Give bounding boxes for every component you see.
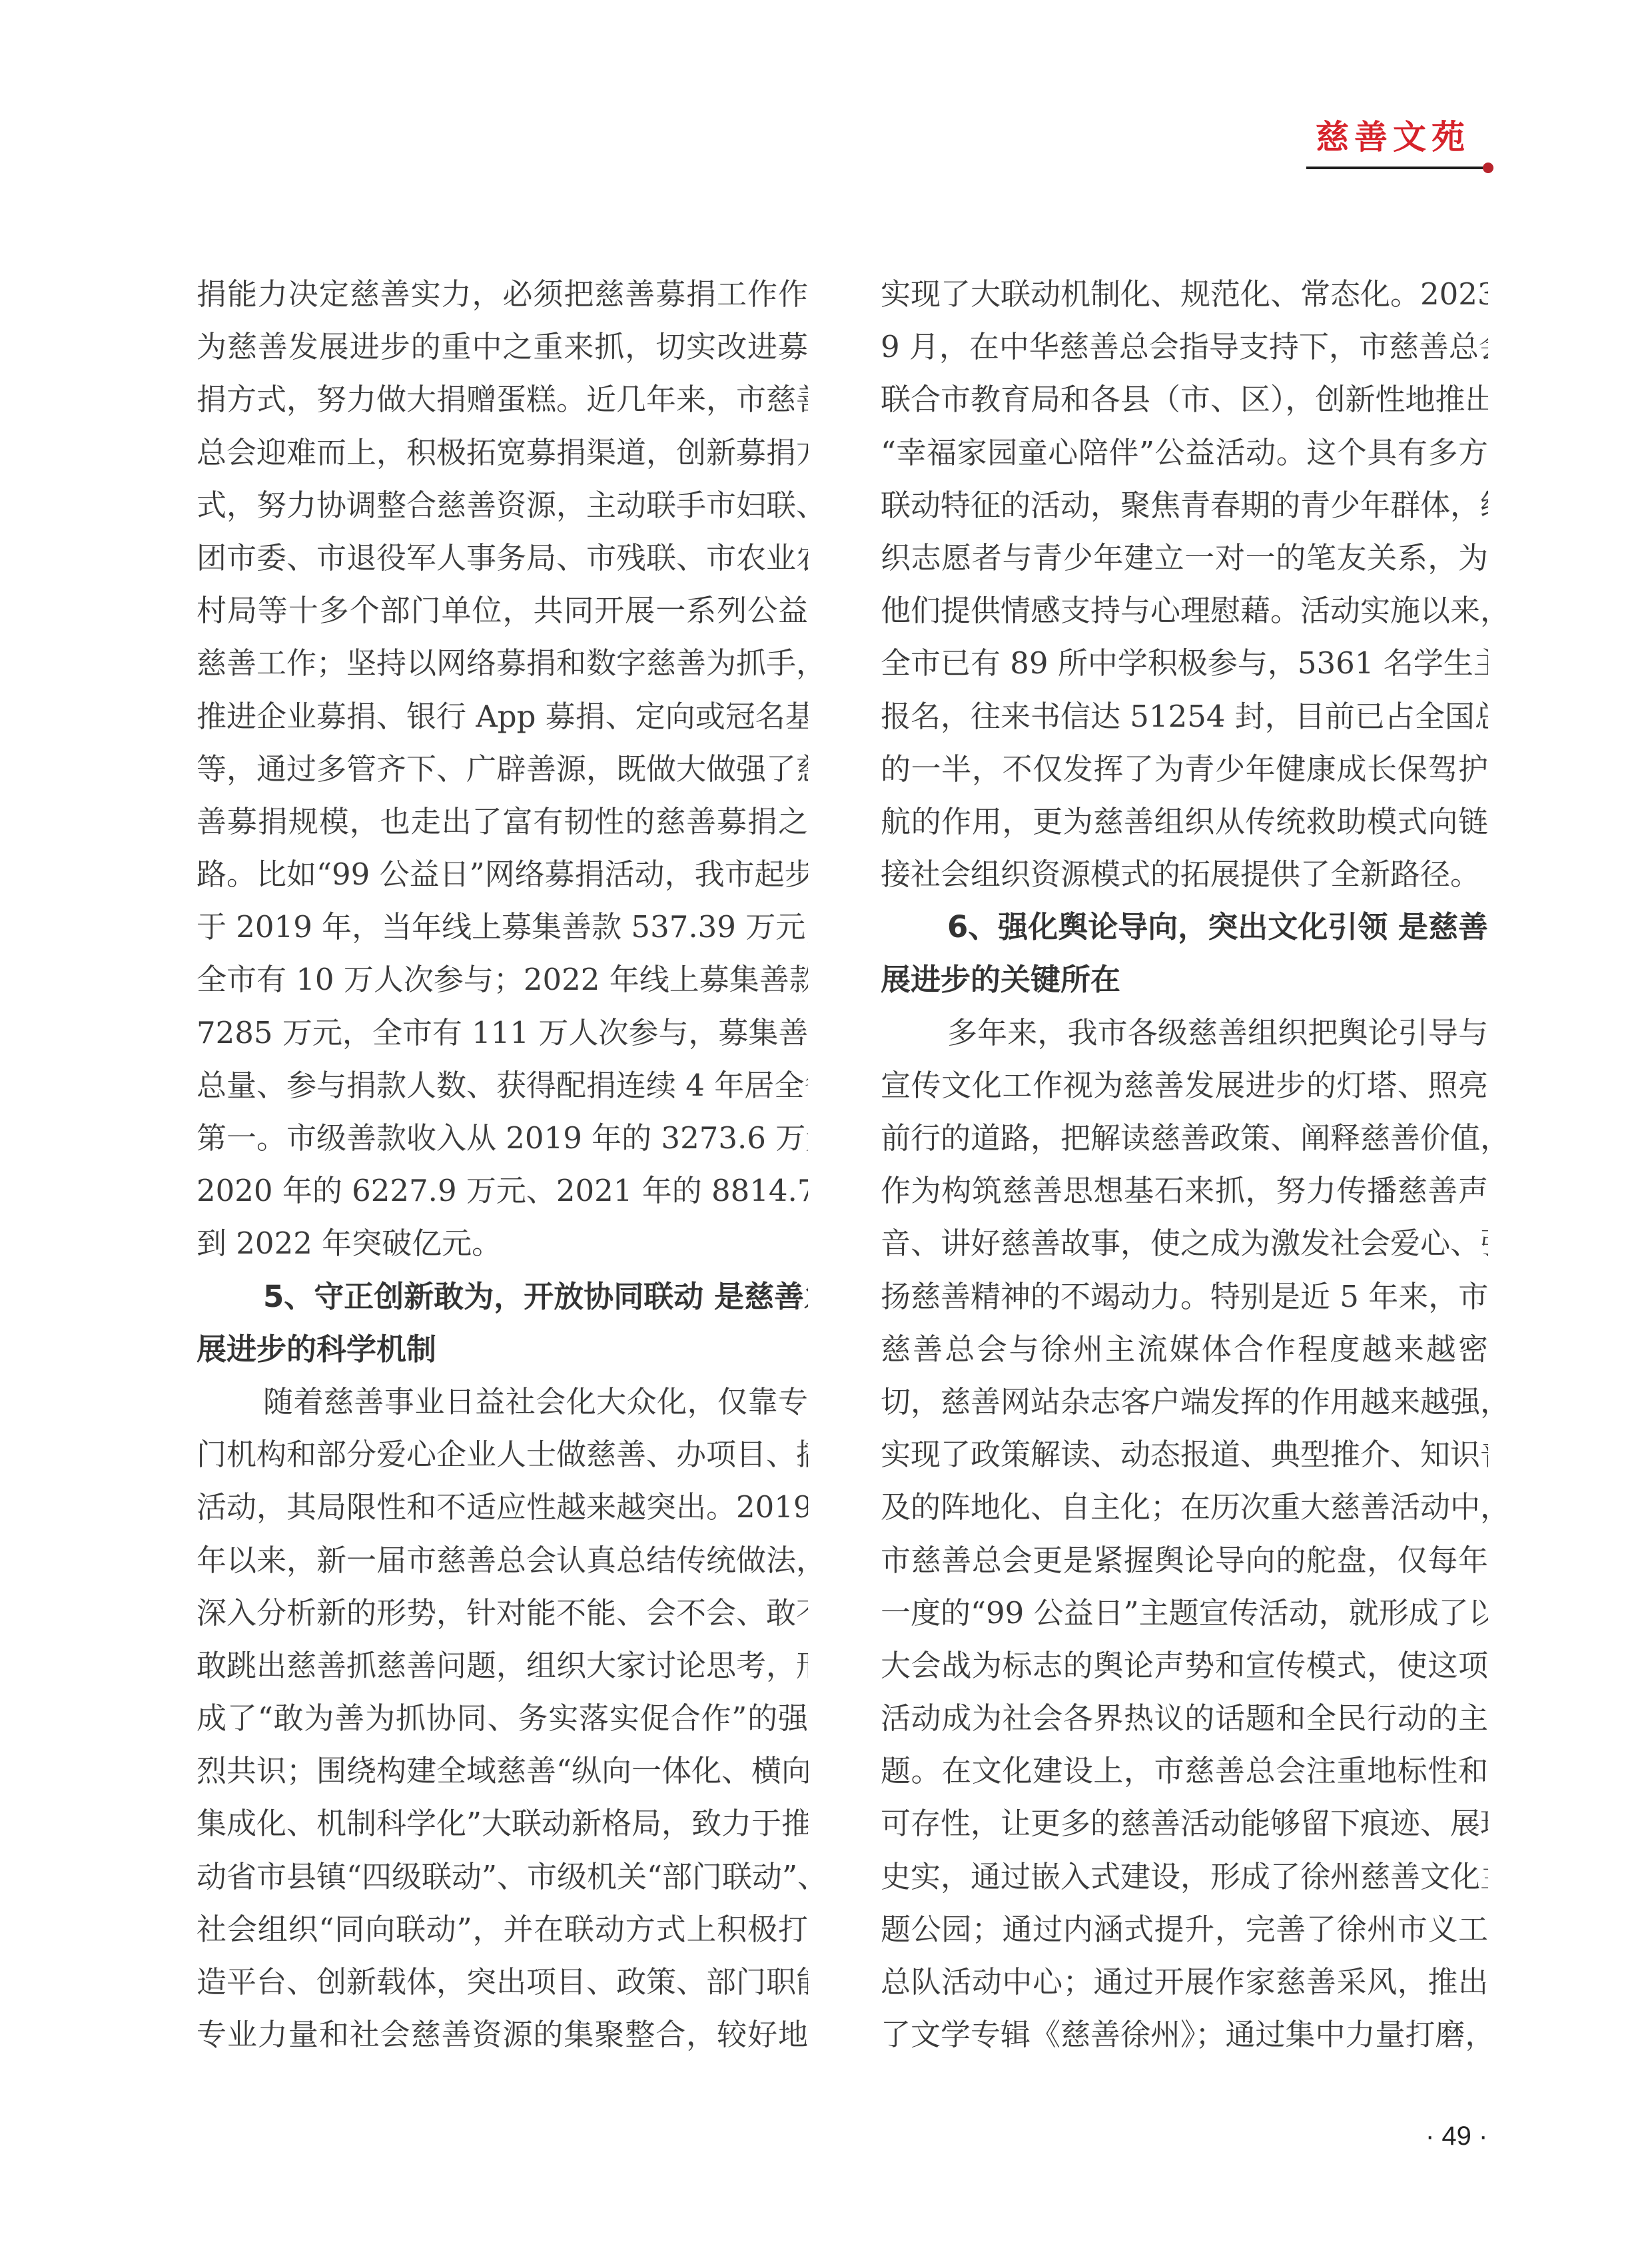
text-line: 作为构筑慈善思想基石来抓，努力传播慈善声 bbox=[881, 1164, 1488, 1217]
text-line: 烈共识；围绕构建全域慈善“纵向一体化、横向 bbox=[197, 1744, 808, 1797]
text-line: 式，努力协调整合慈善资源，主动联手市妇联、 bbox=[197, 479, 808, 532]
text-line: 总队活动中心；通过开展作家慈善采风，推出 bbox=[881, 1956, 1488, 2008]
text-line: 他们提供情感支持与心理慰藉。活动实施以来， bbox=[881, 584, 1488, 637]
text-line: 多年来，我市各级慈善组织把舆论引导与 bbox=[881, 1006, 1488, 1059]
text-line: 年以来，新一届市慈善总会认真总结传统做法， bbox=[197, 1534, 808, 1587]
page-number: · 49 · bbox=[1426, 2121, 1487, 2151]
header-dot-icon bbox=[1483, 163, 1493, 173]
text-line: 到 2022 年突破亿元。 bbox=[197, 1217, 808, 1270]
text-line: 全市已有 89 所中学积极参与，5361 名学生主动 bbox=[881, 637, 1488, 689]
text-line: 接社会组织资源模式的拓展提供了全新路径。 bbox=[881, 848, 1488, 901]
text-line: “幸福家园童心陪伴”公益活动。这个具有多方 bbox=[881, 426, 1488, 479]
text-line: 2020 年的 6227.9 万元、2021 年的 8814.7 万元， bbox=[197, 1164, 808, 1217]
text-line: 推进企业募捐、银行 App 募捐、定向或冠名基金 bbox=[197, 690, 808, 743]
right-column: 实现了大联动机制化、规范化、常态化。2023 年 9 月，在中华慈善总会指导支持… bbox=[881, 268, 1488, 2061]
text-line: 一度的“99 公益日”主题宣传活动，就形成了以 bbox=[881, 1587, 1488, 1639]
text-line: 报名，往来书信达 51254 封，目前已占全国总量 bbox=[881, 690, 1488, 743]
text-line: 大会战为标志的舆论声势和宣传模式，使这项 bbox=[881, 1639, 1488, 1692]
text-line: 等，通过多管齐下、广辟善源，既做大做强了慈 bbox=[197, 743, 808, 795]
text-line: 实现了政策解读、动态报道、典型推介、知识普 bbox=[881, 1428, 1488, 1481]
text-line: 集成化、机制科学化”大联动新格局，致力于推 bbox=[197, 1797, 808, 1850]
left-column: 捐能力决定慈善实力，必须把慈善募捐工作作 为慈善发展进步的重中之重来抓，切实改进… bbox=[197, 268, 808, 2061]
text-line: 题公园；通过内涵式提升，完善了徐州市义工 bbox=[881, 1903, 1488, 1956]
text-line: 织志愿者与青少年建立一对一的笔友关系，为 bbox=[881, 532, 1488, 584]
text-line: 7285 万元，全市有 111 万人次参与，募集善款 bbox=[197, 1006, 808, 1059]
text-line: 了文学专辑《慈善徐州》；通过集中力量打磨， bbox=[881, 2008, 1488, 2061]
text-line: 造平台、创新载体，突出项目、政策、部门职能、 bbox=[197, 1956, 808, 2008]
text-line: 的一半，不仅发挥了为青少年健康成长保驾护 bbox=[881, 743, 1488, 795]
text-line: 前行的道路，把解读慈善政策、阐释慈善价值， bbox=[881, 1112, 1488, 1164]
text-line: 深入分析新的形势，针对能不能、会不会、敢不 bbox=[197, 1587, 808, 1639]
text-line: 史实，通过嵌入式建设，形成了徐州慈善文化主 bbox=[881, 1850, 1488, 1903]
section-heading-6: 6、强化舆论导向，突出文化引领 是慈善发 bbox=[881, 901, 1488, 953]
text-line: 总会迎难而上，积极拓宽募捐渠道，创新募捐方 bbox=[197, 426, 808, 479]
text-line: 慈善总会与徐州主流媒体合作程度越来越密 bbox=[881, 1323, 1488, 1375]
section-heading-6-cont: 展进步的关键所在 bbox=[881, 953, 1488, 1006]
text-line: 成了“敢为善为抓协同、务实落实促合作”的强 bbox=[197, 1692, 808, 1744]
section-heading-5-cont: 展进步的科学机制 bbox=[197, 1323, 808, 1375]
text-line: 市慈善总会更是紧握舆论导向的舵盘，仅每年 bbox=[881, 1534, 1488, 1587]
text-line: 第一。市级善款收入从 2019 年的 3273.6 万元、 bbox=[197, 1112, 808, 1164]
text-line: 捐方式，努力做大捐赠蛋糕。近几年来，市慈善 bbox=[197, 373, 808, 426]
text-line: 路。比如“99 公益日”网络募捐活动，我市起步 bbox=[197, 848, 808, 901]
header-divider-line bbox=[1306, 167, 1485, 169]
text-line: 及的阵地化、自主化；在历次重大慈善活动中， bbox=[881, 1481, 1488, 1533]
text-line: 于 2019 年，当年线上募集善款 537.39 万元， bbox=[197, 901, 808, 953]
text-line: 全市有 10 万人次参与；2022 年线上募集善款 bbox=[197, 953, 808, 1006]
text-line: 团市委、市退役军人事务局、市残联、市农业农 bbox=[197, 532, 808, 584]
text-line: 9 月，在中华慈善总会指导支持下，市慈善总会 bbox=[881, 320, 1488, 373]
text-line: 为慈善发展进步的重中之重来抓，切实改进募 bbox=[197, 320, 808, 373]
text-line: 慈善工作；坚持以网络募捐和数字慈善为抓手， bbox=[197, 637, 808, 689]
section-title: 慈善文苑 bbox=[1316, 117, 1482, 157]
text-line: 音、讲好慈善故事，使之成为激发社会爱心、弘 bbox=[881, 1217, 1488, 1270]
text-line: 宣传文化工作视为慈善发展进步的灯塔、照亮 bbox=[881, 1059, 1488, 1112]
text-line: 扬慈善精神的不竭动力。特别是近 5 年来，市 bbox=[881, 1270, 1488, 1323]
text-line: 善募捐规模，也走出了富有韧性的慈善募捐之 bbox=[197, 795, 808, 848]
text-line: 随着慈善事业日益社会化大众化，仅靠专 bbox=[197, 1375, 808, 1428]
text-line: 敢跳出慈善抓慈善问题，组织大家讨论思考，形 bbox=[197, 1639, 808, 1692]
text-line: 航的作用，更为慈善组织从传统救助模式向链 bbox=[881, 795, 1488, 848]
text-line: 联合市教育局和各县（市、区），创新性地推出了 bbox=[881, 373, 1488, 426]
text-line: 切，慈善网站杂志客户端发挥的作用越来越强， bbox=[881, 1375, 1488, 1428]
text-line: 村局等十多个部门单位，共同开展一系列公益 bbox=[197, 584, 808, 637]
text-line: 社会组织“同向联动”，并在联动方式上积极打 bbox=[197, 1903, 808, 1956]
text-line: 活动成为社会各界热议的话题和全民行动的主 bbox=[881, 1692, 1488, 1744]
text-line: 专业力量和社会慈善资源的集聚整合，较好地 bbox=[197, 2008, 808, 2061]
text-line: 动省市县镇“四级联动”、市级机关“部门联动”、 bbox=[197, 1850, 808, 1903]
text-line: 门机构和部分爱心企业人士做慈善、办项目、搞 bbox=[197, 1428, 808, 1481]
section-heading-5: 5、守正创新敢为，开放协同联动 是慈善发 bbox=[197, 1270, 808, 1323]
text-line: 捐能力决定慈善实力，必须把慈善募捐工作作 bbox=[197, 268, 808, 320]
text-line: 实现了大联动机制化、规范化、常态化。2023 年 bbox=[881, 268, 1488, 320]
text-line: 题。在文化建设上，市慈善总会注重地标性和 bbox=[881, 1744, 1488, 1797]
text-line: 可存性，让更多的慈善活动能够留下痕迹、展现 bbox=[881, 1797, 1488, 1850]
text-line: 总量、参与捐款人数、获得配捐连续 4 年居全省 bbox=[197, 1059, 808, 1112]
text-line: 联动特征的活动，聚焦青春期的青少年群体，组 bbox=[881, 479, 1488, 532]
text-line: 活动，其局限性和不适应性越来越突出。2019 bbox=[197, 1481, 808, 1533]
